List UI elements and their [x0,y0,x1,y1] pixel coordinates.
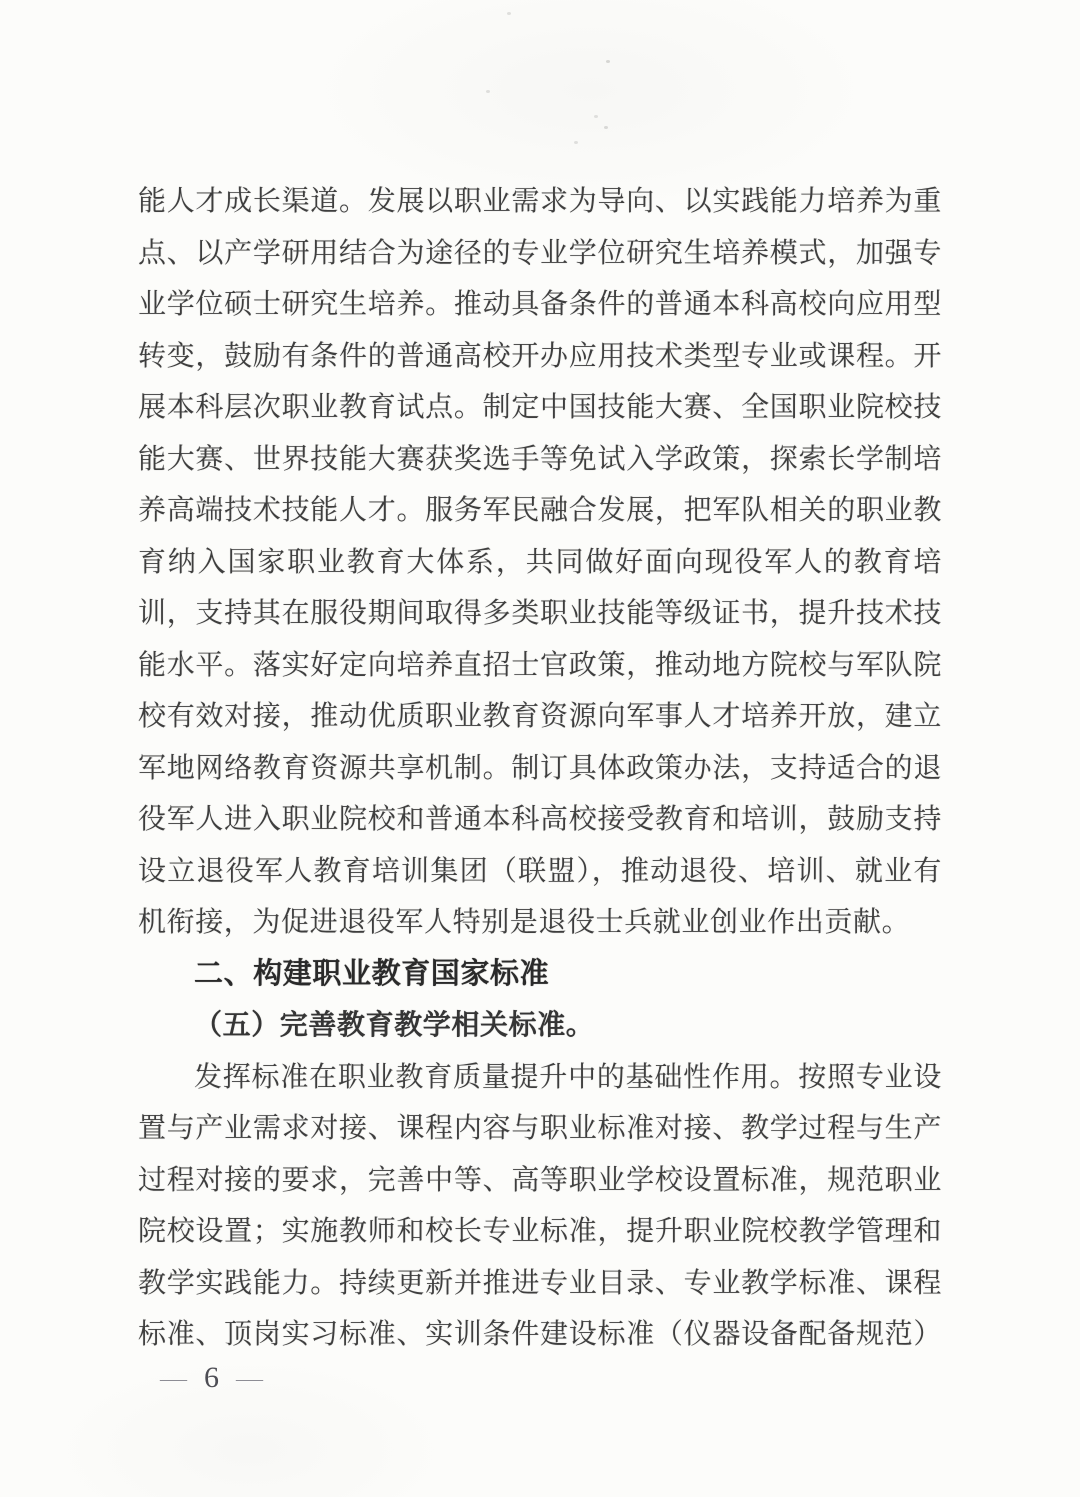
page-footer: — 6 — [160,1356,263,1400]
scan-noise-speck [604,126,608,129]
text-line: 校有效对接，推动优质职业教育资源向军事人才培养开放，建立 [138,691,942,743]
text-line: 点、以产学研用结合为途径的专业学位研究生培养模式，加强专 [138,228,942,280]
text-line: 养高端技术技能人才。服务军民融合发展，把军队相关的职业教 [138,485,942,537]
text-line: 发挥标准在职业教育质量提升中的基础性作用。按照专业设 [138,1052,942,1104]
section-heading: 二、构建职业教育国家标准 [138,949,942,1001]
text-line: 置与产业需求对接、课程内容与职业标准对接、教学过程与生产 [138,1103,942,1155]
scan-noise-speck [606,60,610,63]
document-body: 能人才成长渠道。发展以职业需求为导向、以实践能力培养为重点、以产学研用结合为途径… [138,176,942,1361]
text-line: 军地网络教育资源共享机制。制订具体政策办法，支持适合的退 [138,743,942,795]
text-line: 设立退役军人教育培训集团（联盟），推动退役、培训、就业有 [138,846,942,898]
scan-noise-speck [507,12,511,15]
text-line: 教学实践能力。持续更新并推进专业目录、专业教学标准、课程 [138,1258,942,1310]
text-line: 能人才成长渠道。发展以职业需求为导向、以实践能力培养为重 [138,176,942,228]
text-line: 能大赛、世界技能大赛获奖选手等免试入学政策，探索长学制培 [138,434,942,486]
text-line: 转变，鼓励有条件的普通高校开办应用技术类型专业或课程。开 [138,331,942,383]
text-line: 机衔接，为促进退役军人特别是退役士兵就业创业作出贡献。 [138,897,942,949]
scan-noise-speck [486,90,490,93]
scan-noise-speck [594,115,598,118]
text-line: 过程对接的要求，完善中等、高等职业学校设置标准，规范职业 [138,1155,942,1207]
footer-left-dash: — [160,1366,187,1389]
text-line: 能水平。落实好定向培养直招士官政策，推动地方院校与军队院 [138,640,942,692]
text-line: 训，支持其在服役期间取得多类职业技能等级证书，提升技术技 [138,588,942,640]
footer-right-dash: — [236,1366,263,1389]
text-line: 院校设置；实施教师和校长专业标准，提升职业院校教学管理和 [138,1206,942,1258]
page-number: 6 [204,1361,219,1395]
subsection-heading: （五）完善教育教学相关标准。 [138,1000,942,1052]
scan-noise-speck [574,141,578,144]
text-line: 业学位硕士研究生培养。推动具备条件的普通本科高校向应用型 [138,279,942,331]
text-line: 育纳入国家职业教育大体系，共同做好面向现役军人的教育培 [138,537,942,589]
text-line: 标准、顶岗实习标准、实训条件建设标准（仪器设备配备规范） [138,1309,942,1361]
document-page: 能人才成长渠道。发展以职业需求为导向、以实践能力培养为重点、以产学研用结合为途径… [0,0,1080,1497]
text-line: 展本科层次职业教育试点。制定中国技能大赛、全国职业院校技 [138,382,942,434]
text-line: 役军人进入职业院校和普通本科高校接受教育和培训，鼓励支持 [138,794,942,846]
